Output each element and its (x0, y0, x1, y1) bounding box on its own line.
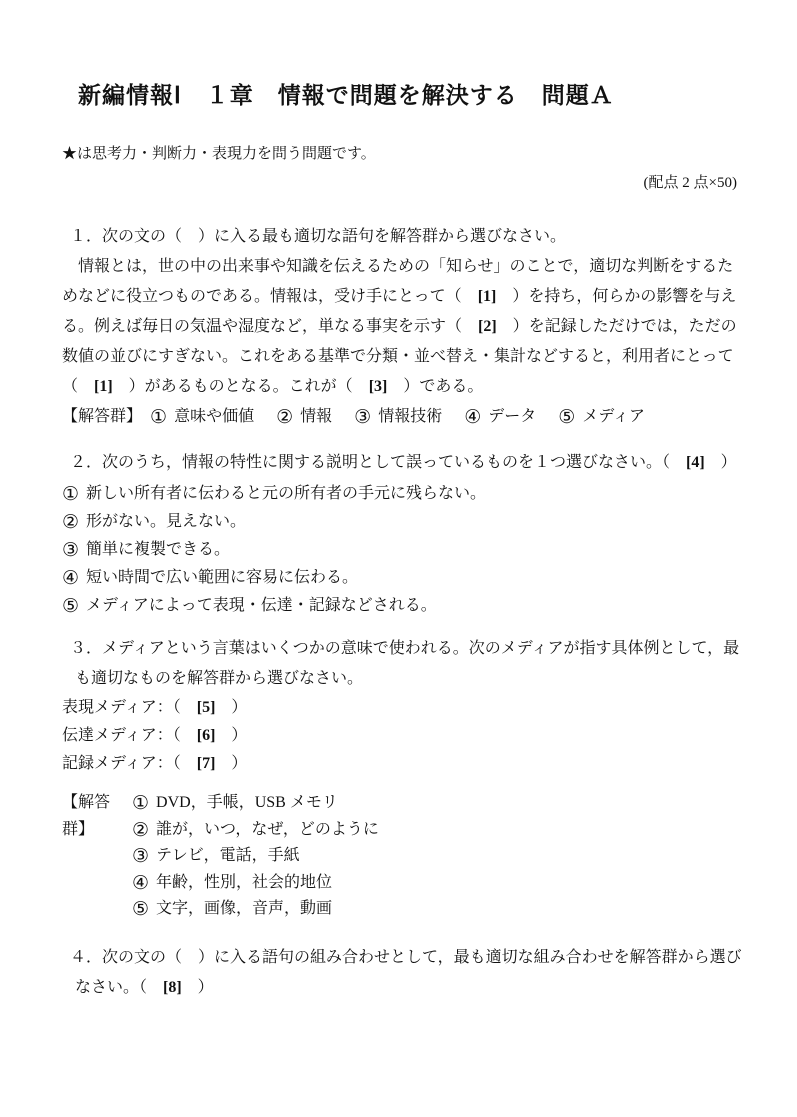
answer-option: ④データ (464, 408, 536, 425)
question-4: ４．次の文の（ ）に入る語句の組み合わせとして，最も適切な組み合わせを解答群から… (62, 943, 737, 1003)
circled-number: ⑤ (558, 407, 575, 428)
circled-number: ② (276, 407, 293, 428)
q1-body-line: 情報とは，世の中の出来事や知識を伝えるための「知らせ」のことで，適切な判断をする… (62, 252, 737, 282)
question-2: ２．次のうち，情報の特性に関する説明として誤っているものを１つ選びなさい。（ [… (62, 448, 737, 620)
circled-number: ④ (62, 568, 79, 589)
circled-number: ③ (62, 540, 79, 561)
answer-option-label: テレビ，電話，手紙 (156, 847, 300, 864)
choice-text: 新しい所有者に伝わると元の所有者の手元に残らない。 (86, 485, 486, 502)
q3-media-row: 表現メディア：（ [5] ） (62, 694, 737, 722)
q1-body-line: （ [1] ）があるものとなる。これが（ [3] ）である。 (62, 372, 737, 402)
choice-text: 短い時間で広い範囲に容易に伝わる。 (86, 569, 358, 586)
q1-body-line: る。例えば毎日の気温や湿度など，単なる事実を示す（ [2] ）を記録しただけでは… (62, 312, 737, 342)
choice-text: 簡単に複製できる。 (86, 541, 230, 558)
answer-option: ③情報技術 (354, 408, 442, 425)
circled-number: ⑤ (62, 596, 79, 617)
answer-option: ②情報 (276, 408, 332, 425)
answer-option: ①意味や価値 (150, 408, 254, 425)
choice-row: ③簡単に複製できる。 (62, 536, 737, 564)
circled-number: ③ (354, 407, 371, 428)
worksheet-page: 新編情報Ⅰ １章 情報で問題を解決する 問題Ａ ★は思考力・判断力・表現力を問う… (0, 0, 797, 1117)
circled-number: ④ (132, 873, 149, 894)
answer-option-label: 意味や価値 (174, 408, 254, 425)
question-3: ３．メディアという言葉はいくつかの意味で使われる。次のメディアが指す具体例として… (62, 634, 737, 923)
answer-option: ④年齢，性別，社会的地位 (132, 870, 737, 897)
choice-row: ④短い時間で広い範囲に容易に伝わる。 (62, 564, 737, 592)
q1-prompt: １．次の文の（ ）に入る最も適切な語句を解答群から選びなさい。 (62, 222, 737, 252)
answer-option: ⑤メディア (558, 408, 645, 425)
answer-option-label: 情報 (300, 408, 332, 425)
choice-text: 形がない。見えない。 (86, 513, 246, 530)
choice-row: ①新しい所有者に伝わると元の所有者の手元に残らない。 (62, 480, 737, 508)
circled-number: ① (132, 793, 149, 814)
circled-number: ④ (464, 407, 481, 428)
page-title: 新編情報Ⅰ １章 情報で問題を解決する 問題Ａ (78, 82, 737, 108)
q4-prompt-line1: ４．次の文の（ ）に入る語句の組み合わせとして，最も適切な組み合わせを解答群から… (62, 943, 737, 973)
answer-option-label: 誰が，いつ，なぜ，どのように (156, 821, 379, 838)
q1-answer-group: 【解答群】 ①意味や価値 ②情報 ③情報技術 ④データ ⑤メディア (62, 402, 737, 432)
circled-number: ⑤ (132, 899, 149, 920)
answer-option: ③テレビ，電話，手紙 (132, 843, 737, 870)
choice-row: ②形がない。見えない。 (62, 508, 737, 536)
q3-media-row: 記録メディア：（ [7] ） (62, 750, 737, 778)
answer-option-label: 年齢，性別，社会的地位 (156, 874, 332, 891)
q2-choice-list: ①新しい所有者に伝わると元の所有者の手元に残らない。 ②形がない。見えない。 ③… (62, 480, 737, 620)
q1-body-line: めなどに役立つものである。情報は，受け手にとって（ [1] ）を持ち，何らかの影… (62, 282, 737, 312)
answer-group-label: 【解答群】 (62, 408, 142, 425)
answer-option-label: メディア (582, 408, 645, 425)
answer-option-label: データ (488, 408, 536, 425)
q2-prompt: ２．次のうち，情報の特性に関する説明として誤っているものを１つ選びなさい。（ [… (62, 448, 737, 478)
star-note: ★は思考力・判断力・表現力を問う問題です。 (62, 145, 737, 163)
q3-answer-rows: ①DVD，手帳，USB メモリ ②誰が，いつ，なぜ，どのように ③テレビ，電話，… (132, 790, 737, 923)
answer-option-label: 文字，画像，音声，動画 (156, 900, 332, 917)
q3-answer-group: 【解答群】 ①DVD，手帳，USB メモリ ②誰が，いつ，なぜ，どのように ③テ… (62, 790, 737, 923)
points-note: (配点 2 点×50) (62, 174, 737, 192)
circled-number: ② (132, 820, 149, 841)
q3-media-row: 伝達メディア：（ [6] ） (62, 722, 737, 750)
question-1: １．次の文の（ ）に入る最も適切な語句を解答群から選びなさい。 情報とは，世の中… (62, 222, 737, 432)
answer-group-label: 【解答群】 (62, 790, 132, 923)
q1-body-line: 数値の並びにすぎない。これをある基準で分類・並べ替え・集計などすると，利用者にと… (62, 342, 737, 372)
circled-number: ① (150, 407, 167, 428)
answer-option-label: DVD，手帳，USB メモリ (156, 794, 338, 811)
q3-prompt-line2: も適切なものを解答群から選びなさい。 (62, 664, 737, 694)
circled-number: ③ (132, 846, 149, 867)
circled-number: ② (62, 512, 79, 533)
answer-option: ⑤文字，画像，音声，動画 (132, 896, 737, 923)
q3-prompt-line1: ３．メディアという言葉はいくつかの意味で使われる。次のメディアが指す具体例として… (62, 634, 737, 664)
q4-prompt-line2: なさい。（ [8] ） (62, 973, 737, 1003)
choice-row: ⑤メディアによって表現・伝達・記録などされる。 (62, 592, 737, 620)
answer-option: ②誰が，いつ，なぜ，どのように (132, 817, 737, 844)
q3-media-list: 表現メディア：（ [5] ） 伝達メディア：（ [6] ） 記録メディア：（ [… (62, 694, 737, 778)
answer-option-label: 情報技術 (378, 408, 442, 425)
circled-number: ① (62, 484, 79, 505)
answer-option: ①DVD，手帳，USB メモリ (132, 790, 737, 817)
choice-text: メディアによって表現・伝達・記録などされる。 (86, 597, 437, 614)
